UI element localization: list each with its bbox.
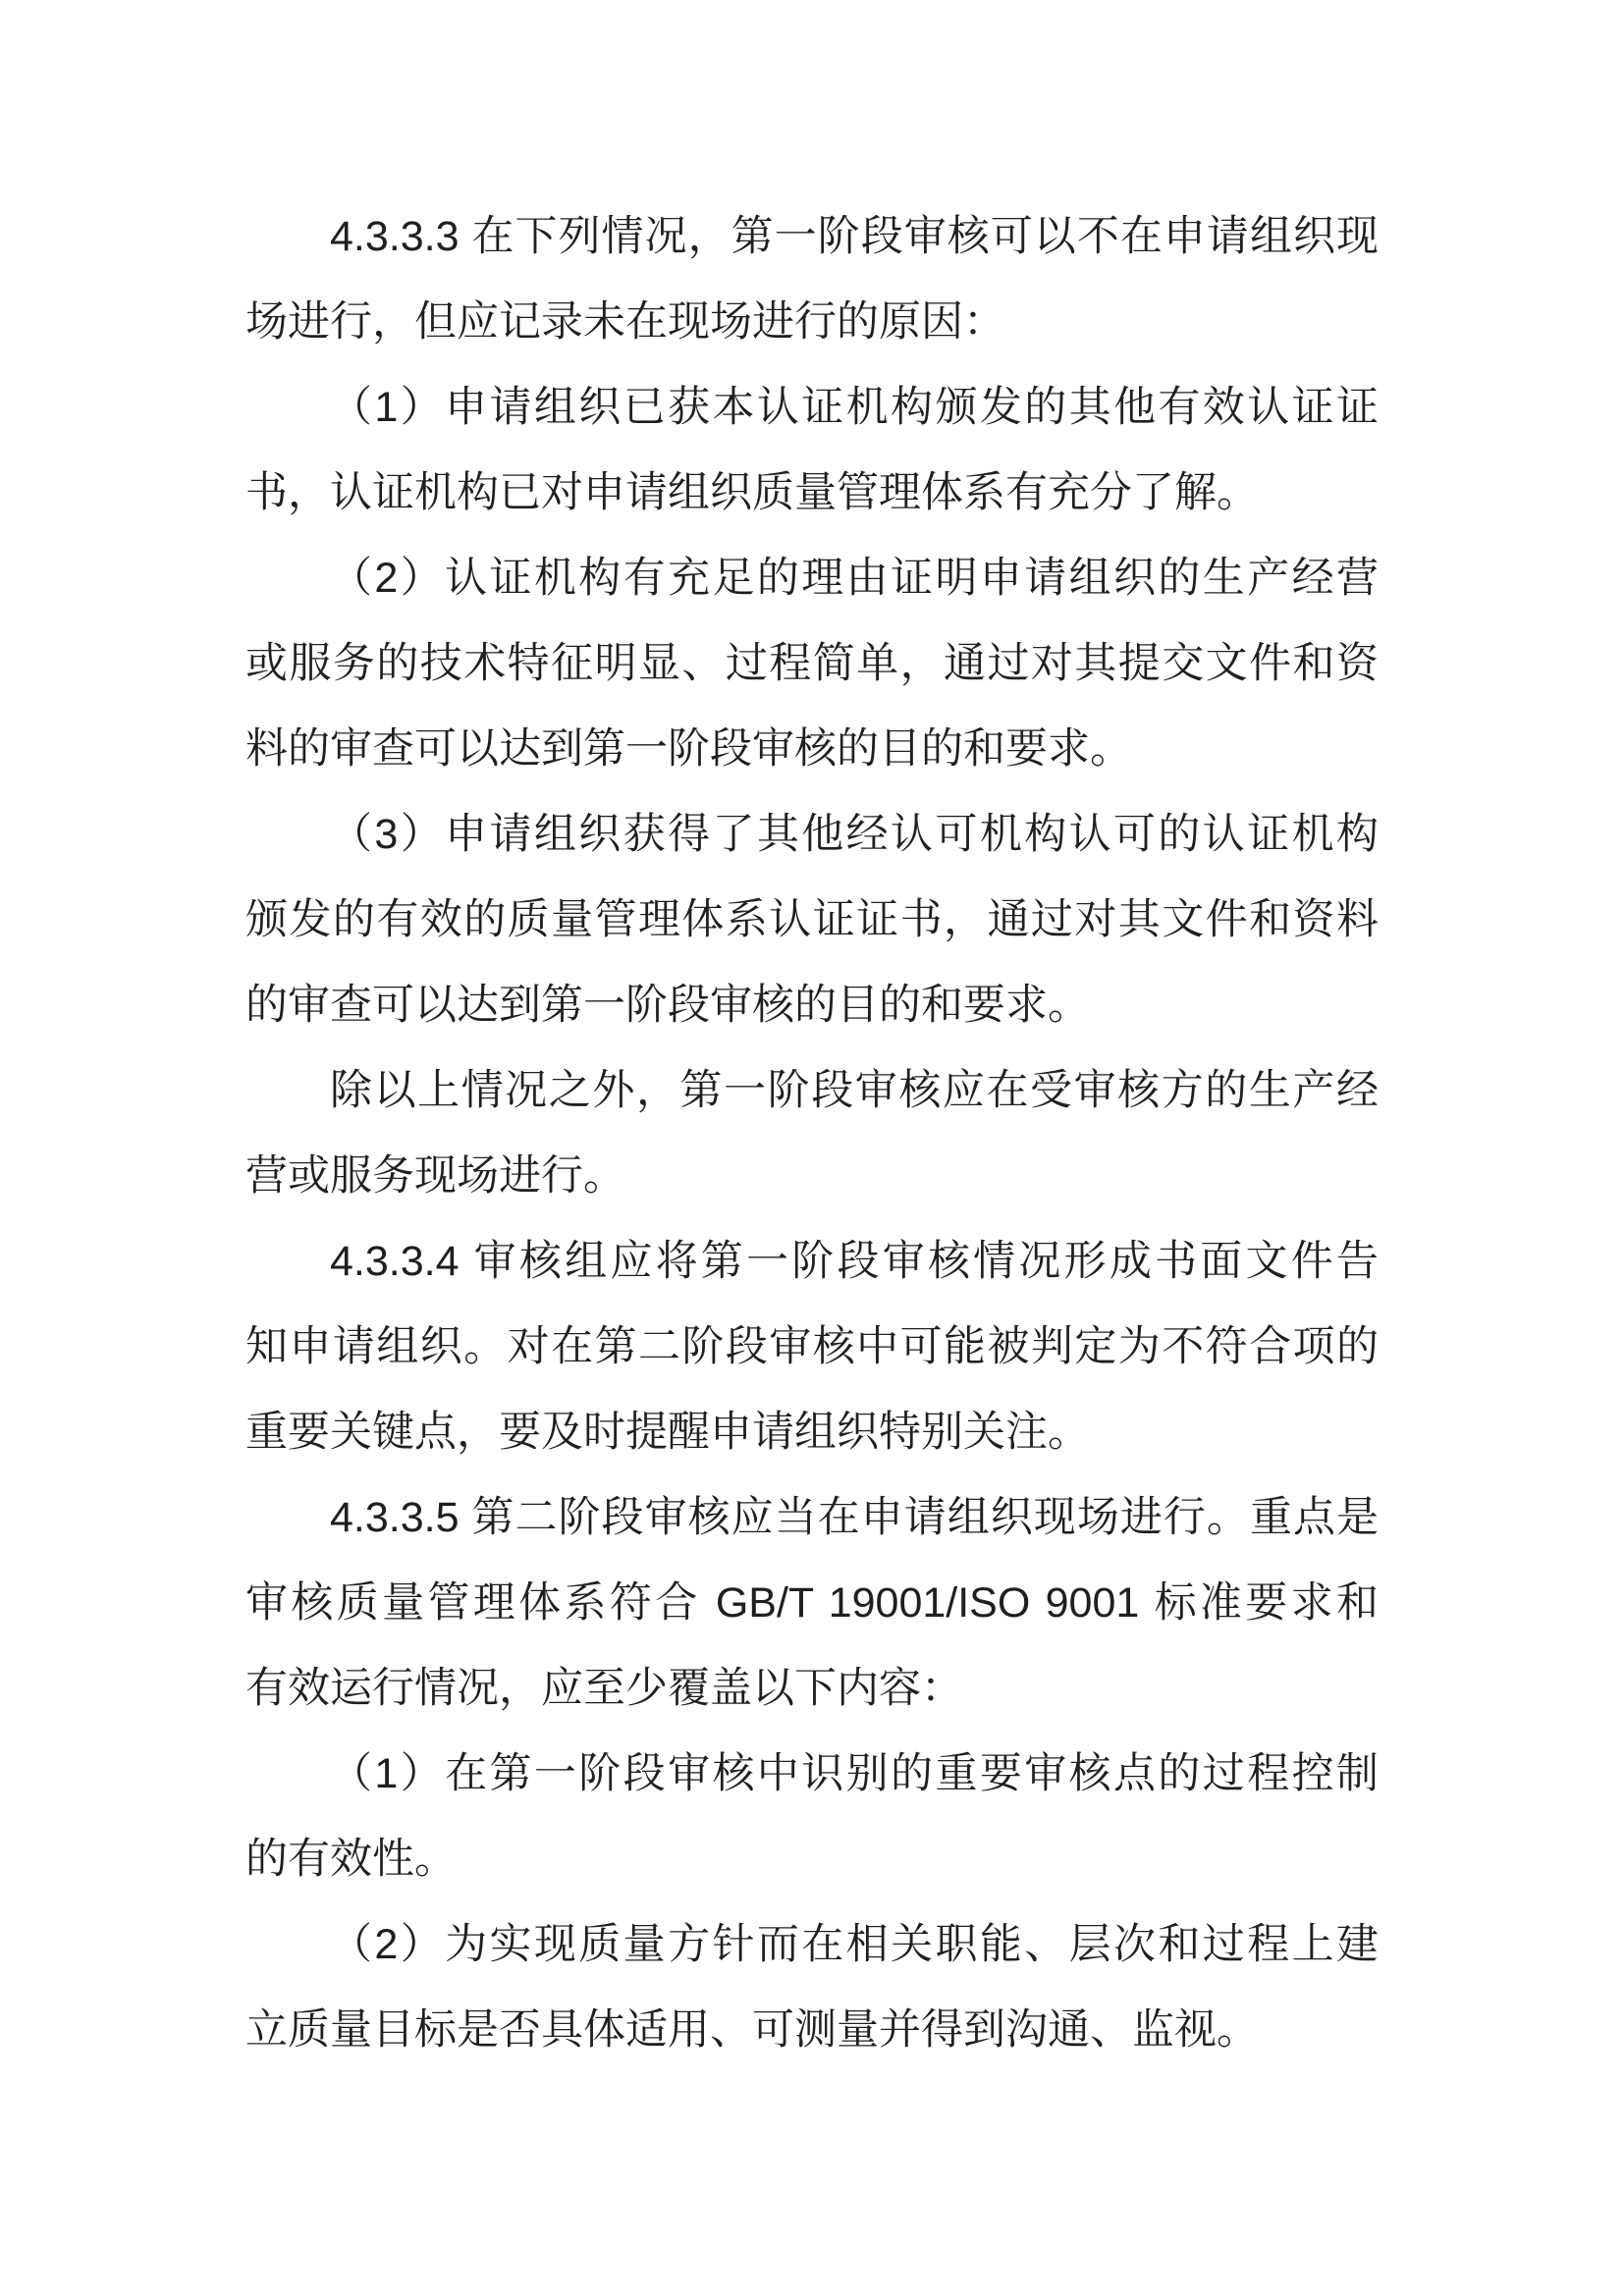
text-line: 或服务的技术特征明显、过程简单，通过对其提交文件和资 (245, 621, 1379, 707)
text-line: （2）为实现质量方针而在相关职能、层次和过程上建 (245, 1902, 1379, 1988)
text-line: 颁发的有效的质量管理体系认证证书，通过对其文件和资料 (245, 878, 1379, 963)
text-line: 书，认证机构已对申请组织质量管理体系有充分了解。 (245, 451, 1379, 536)
text-line: 审核质量管理体系符合 GB/T 19001/ISO 9001 标准要求和 (245, 1561, 1379, 1646)
text-line: （1）在第一阶段审核中识别的重要审核点的过程控制 (245, 1732, 1379, 1817)
text-line: 的审查可以达到第一阶段审核的目的和要求。 (245, 963, 1379, 1048)
text-line: 除以上情况之外，第一阶段审核应在受审核方的生产经 (245, 1048, 1379, 1134)
document-page: 4.3.3.3 在下列情况，第一阶段审核可以不在申请组织现场进行，但应记录未在现… (0, 0, 1624, 2296)
text-line: 4.3.3.5 第二阶段审核应当在申请组织现场进行。重点是 (245, 1475, 1379, 1561)
text-line: （3）申请组织获得了其他经认可机构认可的认证机构 (245, 792, 1379, 878)
text-line: 知申请组织。对在第二阶段审核中可能被判定为不符合项的 (245, 1305, 1379, 1390)
text-line: 的有效性。 (245, 1817, 1379, 1902)
text-line: 有效运行情况，应至少覆盖以下内容： (245, 1646, 1379, 1732)
text-line: 重要关键点，要及时提醒申请组织特别关注。 (245, 1390, 1379, 1475)
text-line: 营或服务现场进行。 (245, 1134, 1379, 1219)
text-line: 场进行，但应记录未在现场进行的原因： (245, 280, 1379, 365)
text-line: （1）申请组织已获本认证机构颁发的其他有效认证证 (245, 365, 1379, 451)
text-line: 4.3.3.4 审核组应将第一阶段审核情况形成书面文件告 (245, 1219, 1379, 1305)
text-line: 立质量目标是否具体适用、可测量并得到沟通、监视。 (245, 1988, 1379, 2073)
document-body: 4.3.3.3 在下列情况，第一阶段审核可以不在申请组织现场进行，但应记录未在现… (245, 194, 1379, 2073)
text-line: 料的审查可以达到第一阶段审核的目的和要求。 (245, 707, 1379, 792)
text-line: （2）认证机构有充足的理由证明申请组织的生产经营 (245, 536, 1379, 621)
text-line: 4.3.3.3 在下列情况，第一阶段审核可以不在申请组织现 (245, 194, 1379, 280)
